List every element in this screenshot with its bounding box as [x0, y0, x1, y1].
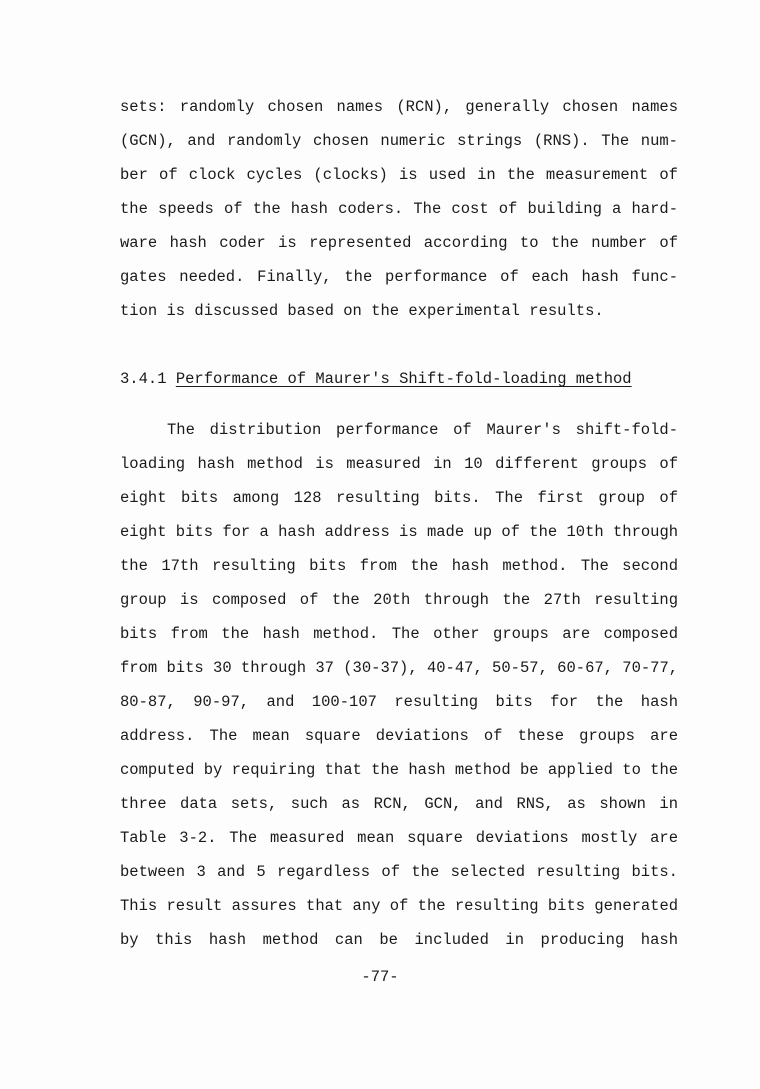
- intro-line: sets: randomly chosen names (RCN), gener…: [120, 97, 678, 117]
- section-heading: 3.4.1 Performance of Maurer's Shift-fold…: [120, 369, 678, 389]
- body-line: bits from the hash method. The other gro…: [120, 624, 678, 644]
- body-line: address. The mean square deviations of t…: [120, 726, 678, 746]
- intro-line: the speeds of the hash coders. The cost …: [120, 199, 678, 219]
- body-line: eight bits among 128 resulting bits. The…: [120, 488, 678, 508]
- body-line: the 17th resulting bits from the hash me…: [120, 556, 678, 576]
- body-line: computed by requiring that the hash meth…: [120, 760, 678, 780]
- intro-line: ware hash coder is represented according…: [120, 233, 678, 253]
- body-line: three data sets, such as RCN, GCN, and R…: [120, 794, 678, 814]
- page-number: -77-: [0, 968, 760, 986]
- body-line: loading hash method is measured in 10 di…: [120, 454, 678, 474]
- body-line: Table 3-2. The measured mean square devi…: [120, 828, 678, 848]
- intro-line: tion is discussed based on the experimen…: [120, 301, 678, 321]
- body-line: between 3 and 5 regardless of the select…: [120, 862, 678, 882]
- document-page: sets: randomly chosen names (RCN), gener…: [0, 0, 760, 1089]
- body-line: eight bits for a hash address is made up…: [120, 522, 678, 542]
- body-line: group is composed of the 20th through th…: [120, 590, 678, 610]
- body-line: This result assures that any of the resu…: [120, 896, 678, 916]
- section-number: 3.4.1: [120, 370, 167, 388]
- body-line: 80-87, 90-97, and 100-107 resulting bits…: [120, 692, 678, 712]
- intro-line: ber of clock cycles (clocks) is used in …: [120, 165, 678, 185]
- body-line: by this hash method can be included in p…: [120, 930, 678, 950]
- body-line: from bits 30 through 37 (30-37), 40-47, …: [120, 658, 678, 678]
- section-title: Performance of Maurer's Shift-fold-loadi…: [176, 370, 632, 388]
- body-line: The distribution performance of Maurer's…: [167, 420, 678, 440]
- intro-line: gates needed. Finally, the performance o…: [120, 267, 678, 287]
- intro-line: (GCN), and randomly chosen numeric strin…: [120, 131, 678, 151]
